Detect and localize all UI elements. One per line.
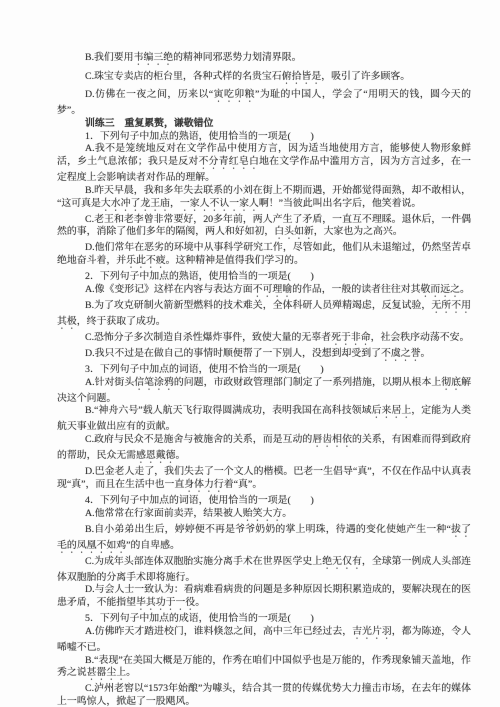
emphasized-phrase: 感恩戴德 <box>136 450 176 461</box>
emphasized-phrase: 俯拾皆是 <box>282 71 322 82</box>
emphasized-phrase: 绝无仅有 <box>322 556 362 567</box>
q1-stem: 1．下列句子中加点的熟语，使用恰当的一项是( ) <box>57 131 471 144</box>
q2-option-d: D.我只不过是在做自己的事情时顺便帮了一下别人，没想到却受到了不虞之誉。 <box>57 348 471 364</box>
q5-option-a: A.仿佛昨天才踏进校门，谁料倏忽之间，高中三年已经过去，吉光片羽，都为陈迹，令人… <box>57 626 471 655</box>
emphasized-phrase: 死于非命 <box>331 332 371 343</box>
q1-option-d: D.他们常年在恶劣的环境中从事科学研究工作，尽管如此，他们从未退缩过，仍然坚苦卓… <box>57 242 471 271</box>
emphasized-phrase: 信笔涂鸦 <box>134 377 174 388</box>
emphasized-phrase: 乐此不疲 <box>126 255 166 266</box>
emphasized-phrase: 不分青红皂白 <box>198 156 259 167</box>
q1-option-c: C.老王和老李曾非常要好，20多年前，两人产生了矛盾，一直互不理睬。退休后，一件… <box>57 214 471 243</box>
emphasized-phrase: 贻笑大方 <box>243 508 283 519</box>
q3-option-a: A.针对街头信笔涂鸦的问题，市政财政管理部门制定了一系列措施，以期从根本上彻底解… <box>57 377 471 406</box>
text-body: B.我们要用韦编三绝的精神同邪恶势力划清界限。C.珠宝专卖店的柜台里，各种式样的… <box>57 52 471 707</box>
emphasized-phrase: 不虞之誉 <box>381 348 421 359</box>
carryover-option-b: B.我们要用韦编三绝的精神同邪恶势力划清界限。 <box>57 52 471 68</box>
carryover-option-d: D.仿佛在一夜之间，历来以“寅吃卯粮”为耻的中国人，学会了“用明天的钱，圆今天的… <box>57 89 471 118</box>
q4-option-d: D.与会人士一致认为：看病难看病贵的问题是多种原因长期积累造成的，要解决现在的医… <box>57 584 471 613</box>
emphasized-phrase: 韦编三绝 <box>134 52 174 63</box>
emphasized-phrase: 毕其功于一役 <box>136 597 195 608</box>
q2-option-a: A.像《变形记》这样在内容与表达方面不可理喻的作品，一般的读者往往对其敬而远之。 <box>57 284 471 300</box>
q2-stem: 2．下列句子中加点的熟语，使用恰当的一项是( ) <box>57 271 471 284</box>
q3-stem: 3．下列句子中加点的词语，使用不恰当的一项是( ) <box>57 364 471 377</box>
emphasized-phrase: 吉光片羽 <box>352 626 392 637</box>
q2-option-b: B.为了攻克研制火箭新型燃料的技术难关，全体科研人员殚精竭虑，反复试验，无所不用… <box>57 300 471 332</box>
emphasized-phrase: 拔了毛的凤凰不如鸡 <box>57 524 471 551</box>
emphasized-phrase: 白头如新 <box>274 226 314 237</box>
q3-option-b: B.“神舟六号”载人航天飞行取得圆满成功，表明我国在高科技领域后来居上，定能为人… <box>57 405 471 434</box>
emphasized-phrase: 后来居上 <box>372 405 412 416</box>
q5-option-c: C.泸州老窖以“1573年始酿”为噱头，结合其一贯的传媒优势大力撞击市场，在去年… <box>57 683 471 707</box>
emphasized-phrase: 不可理喻 <box>253 284 293 295</box>
emphasized-phrase: 唇齿相依 <box>312 434 352 445</box>
emphasized-phrase: 寅吃卯粮 <box>213 89 255 100</box>
q5-option-b: B.“表现”在美国大概是万能的，作秀在咱们中国似乎也是万能的，作秀现象铺天盖地，… <box>57 655 471 684</box>
emphasized-phrase: 敬而远之 <box>421 284 461 295</box>
q4-stem: 4．下列句子中加点的词语，使用恰当的一项是( ) <box>57 495 471 508</box>
scanned-page: B.我们要用韦编三绝的精神同邪恶势力划清界限。C.珠宝专卖店的柜台里，各种式样的… <box>0 0 500 707</box>
q4-option-c: C.为成年头部连体双胞胎实施分离手术在世界医学史上绝无仅有，全球第一例成人头部连… <box>57 556 471 585</box>
emphasized-phrase: 无所不用其极 <box>57 300 471 327</box>
emphasized-phrase: 彻底 <box>441 377 461 388</box>
q4-option-b: B.自小弟弟出生后，婷婷便不再是爷爷奶奶的掌上明珠，待遇的变化使她产生一种“拔了… <box>57 524 471 556</box>
carryover-option-c: C.珠宝专卖店的柜台里，各种式样的名贵宝石俯拾皆是，吸引了许多顾客。 <box>57 71 471 87</box>
emphasized-phrase: 身体力行 <box>184 479 224 490</box>
q3-option-c: C.政府与民众不是施舍与被施舍的关系，而是互动的唇齿相依的关系，有困难而得到政府… <box>57 434 471 466</box>
emphasized-phrase: 一鸣惊人 <box>67 696 107 707</box>
section-header: 训练三 重复累赘，谦敬错位 <box>57 118 471 131</box>
emphasized-phrase: 甚嚣尘上 <box>87 667 127 678</box>
q2-option-c: C.恐怖分子多次制造自杀性爆炸事件，致使大量的无辜者死于非命，社会秩序动荡不安。 <box>57 332 471 348</box>
q3-option-d: D.巴金老人走了，我们失去了一个文人的楷模。巴老一生倡导“真”，不仅在作品中认真… <box>57 466 471 495</box>
q4-option-a: A.他常常在行家面前卖弄，结果被人贻笑大方。 <box>57 508 471 524</box>
emphasized-phrase: 大水冲了龙王庙，一家人不认一家人 <box>101 198 259 209</box>
q5-stem: 5．下列句子中加点的成语，使用恰当的一项是( ) <box>57 613 471 626</box>
q1-option-b: B.昨天早晨，我和多年失去联系的小刘在街上不期而遇，开始都觉得面熟，却不敢相认，… <box>57 185 471 214</box>
q1-option-a: A.我不是笼统地反对在文学作品中使用方言，因为适当地使用方言，能够使人物形象鲜活… <box>57 143 471 185</box>
